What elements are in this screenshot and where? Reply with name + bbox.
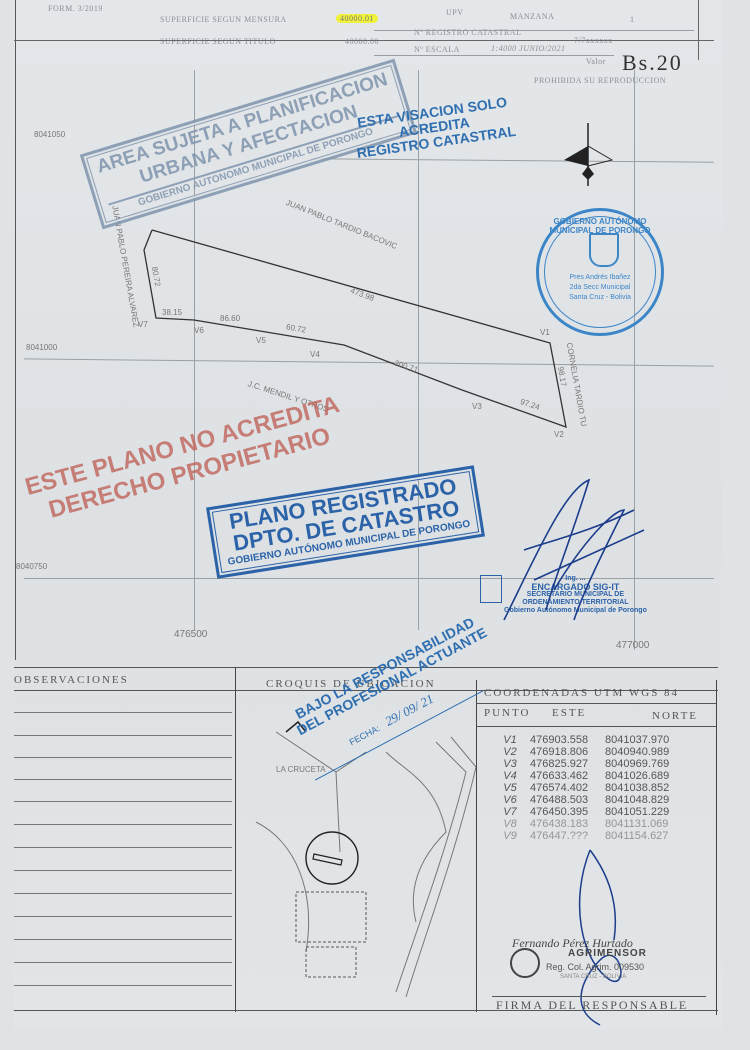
col-header-este: ESTE — [552, 707, 586, 719]
seal-line: Santa Cruz - Bolivia — [539, 293, 661, 303]
easting-value: 476450.395 — [530, 806, 605, 818]
easting-value: 476918.806 — [530, 746, 605, 758]
column-divider — [476, 680, 477, 1012]
vertex-id: V8 — [490, 818, 530, 830]
seal-line: Pres Andrés Ibañez — [539, 273, 661, 283]
easting-value: 476488.503 — [530, 794, 605, 806]
coordinate-row: V8476438.1838041131.069 — [490, 818, 695, 830]
col-header-norte: NORTE — [652, 710, 698, 722]
northing-value: 8041048.829 — [605, 794, 695, 806]
observaciones-title: OBSERVACIONES — [14, 674, 129, 686]
vertex-v6: V6 — [194, 326, 204, 335]
vertex-v3: V3 — [472, 402, 482, 411]
northing-value: 8040940.989 — [605, 746, 695, 758]
coordinate-row: V5476574.4028041038.852 — [490, 782, 695, 794]
north-arrow-icon — [558, 118, 618, 190]
vertex-id: V3 — [490, 758, 530, 770]
easting-value: 476825.927 — [530, 758, 605, 770]
surveyor-title: AGRIMENSOR — [568, 948, 647, 959]
vertex-v5: V5 — [256, 336, 266, 345]
distance-s4: 86.60 — [220, 314, 240, 323]
vertex-id: V2 — [490, 746, 530, 758]
surveyor-city: SANTA CRUZ - BOLIVIA — [560, 974, 626, 980]
signature-scribble — [494, 470, 664, 660]
northing-value: 8041026.689 — [605, 770, 695, 782]
coordinate-row: V4476633.4628041026.689 — [490, 770, 695, 782]
vertex-id: V1 — [490, 734, 530, 746]
cadastral-plan-sheet: FORM. 3/2019 SUPERFICIE SEGUN MENSURA 40… — [14, 0, 722, 1030]
northing-value: 8041051.229 — [605, 806, 695, 818]
easting-value: 476903.558 — [530, 734, 605, 746]
vertex-id: V4 — [490, 770, 530, 782]
seal-line: 2da Secc Municipal — [539, 283, 661, 293]
coordinate-row: V1476903.5588041037.970 — [490, 734, 695, 746]
coordinate-row: V6476488.5038041048.829 — [490, 794, 695, 806]
vertex-v2: V2 — [554, 430, 564, 439]
vertex-id: V5 — [490, 782, 530, 794]
vertex-v1: V1 — [540, 328, 550, 337]
surveyor-seal-icon — [510, 948, 540, 978]
northing-value: 8041037.970 — [605, 734, 695, 746]
distance-s5: 38.15 — [162, 308, 182, 317]
vertex-v7: V7 — [138, 320, 148, 329]
coord-header-rule — [476, 726, 716, 727]
signature-line — [492, 996, 706, 997]
col-header-punto: PUNTO — [484, 707, 530, 719]
coat-of-arms-icon — [589, 233, 619, 267]
coordenadas-title: COORDENADAS UTM WGS 84 — [484, 687, 679, 699]
northing-value: 8041131.069 — [605, 818, 695, 830]
surveyor-reg: Reg. Col. Agrim. 009530 — [546, 962, 644, 972]
coordinate-row: V7476450.3958041051.229 — [490, 806, 695, 818]
vertex-id: V7 — [490, 806, 530, 818]
northing-value: 8040969.769 — [605, 758, 695, 770]
vertex-id: V6 — [490, 794, 530, 806]
coordinate-row: V2476918.8068040940.989 — [490, 746, 695, 758]
coordinate-row: V3476825.9278040969.769 — [490, 758, 695, 770]
northing-value: 8041038.852 — [605, 782, 695, 794]
sheet-right-border — [716, 680, 717, 1015]
coord-header-rule — [476, 703, 716, 704]
easting-value: 476438.183 — [530, 818, 605, 830]
vertex-id: V9 — [490, 830, 530, 842]
easting-value: 476574.402 — [530, 782, 605, 794]
firma-responsable-label: FIRMA DEL RESPONSABLE — [496, 998, 688, 1013]
vertex-v4: V4 — [310, 350, 320, 359]
municipal-seal: GOBIERNO AUTÓNOMO MUNICIPAL DE PORONGO P… — [536, 208, 664, 336]
croquis-place-label: LA CRUCETA — [276, 765, 326, 774]
easting-value: 476633.462 — [530, 770, 605, 782]
coordinates-table: V1476903.5588041037.970V2476918.80680409… — [490, 734, 695, 842]
